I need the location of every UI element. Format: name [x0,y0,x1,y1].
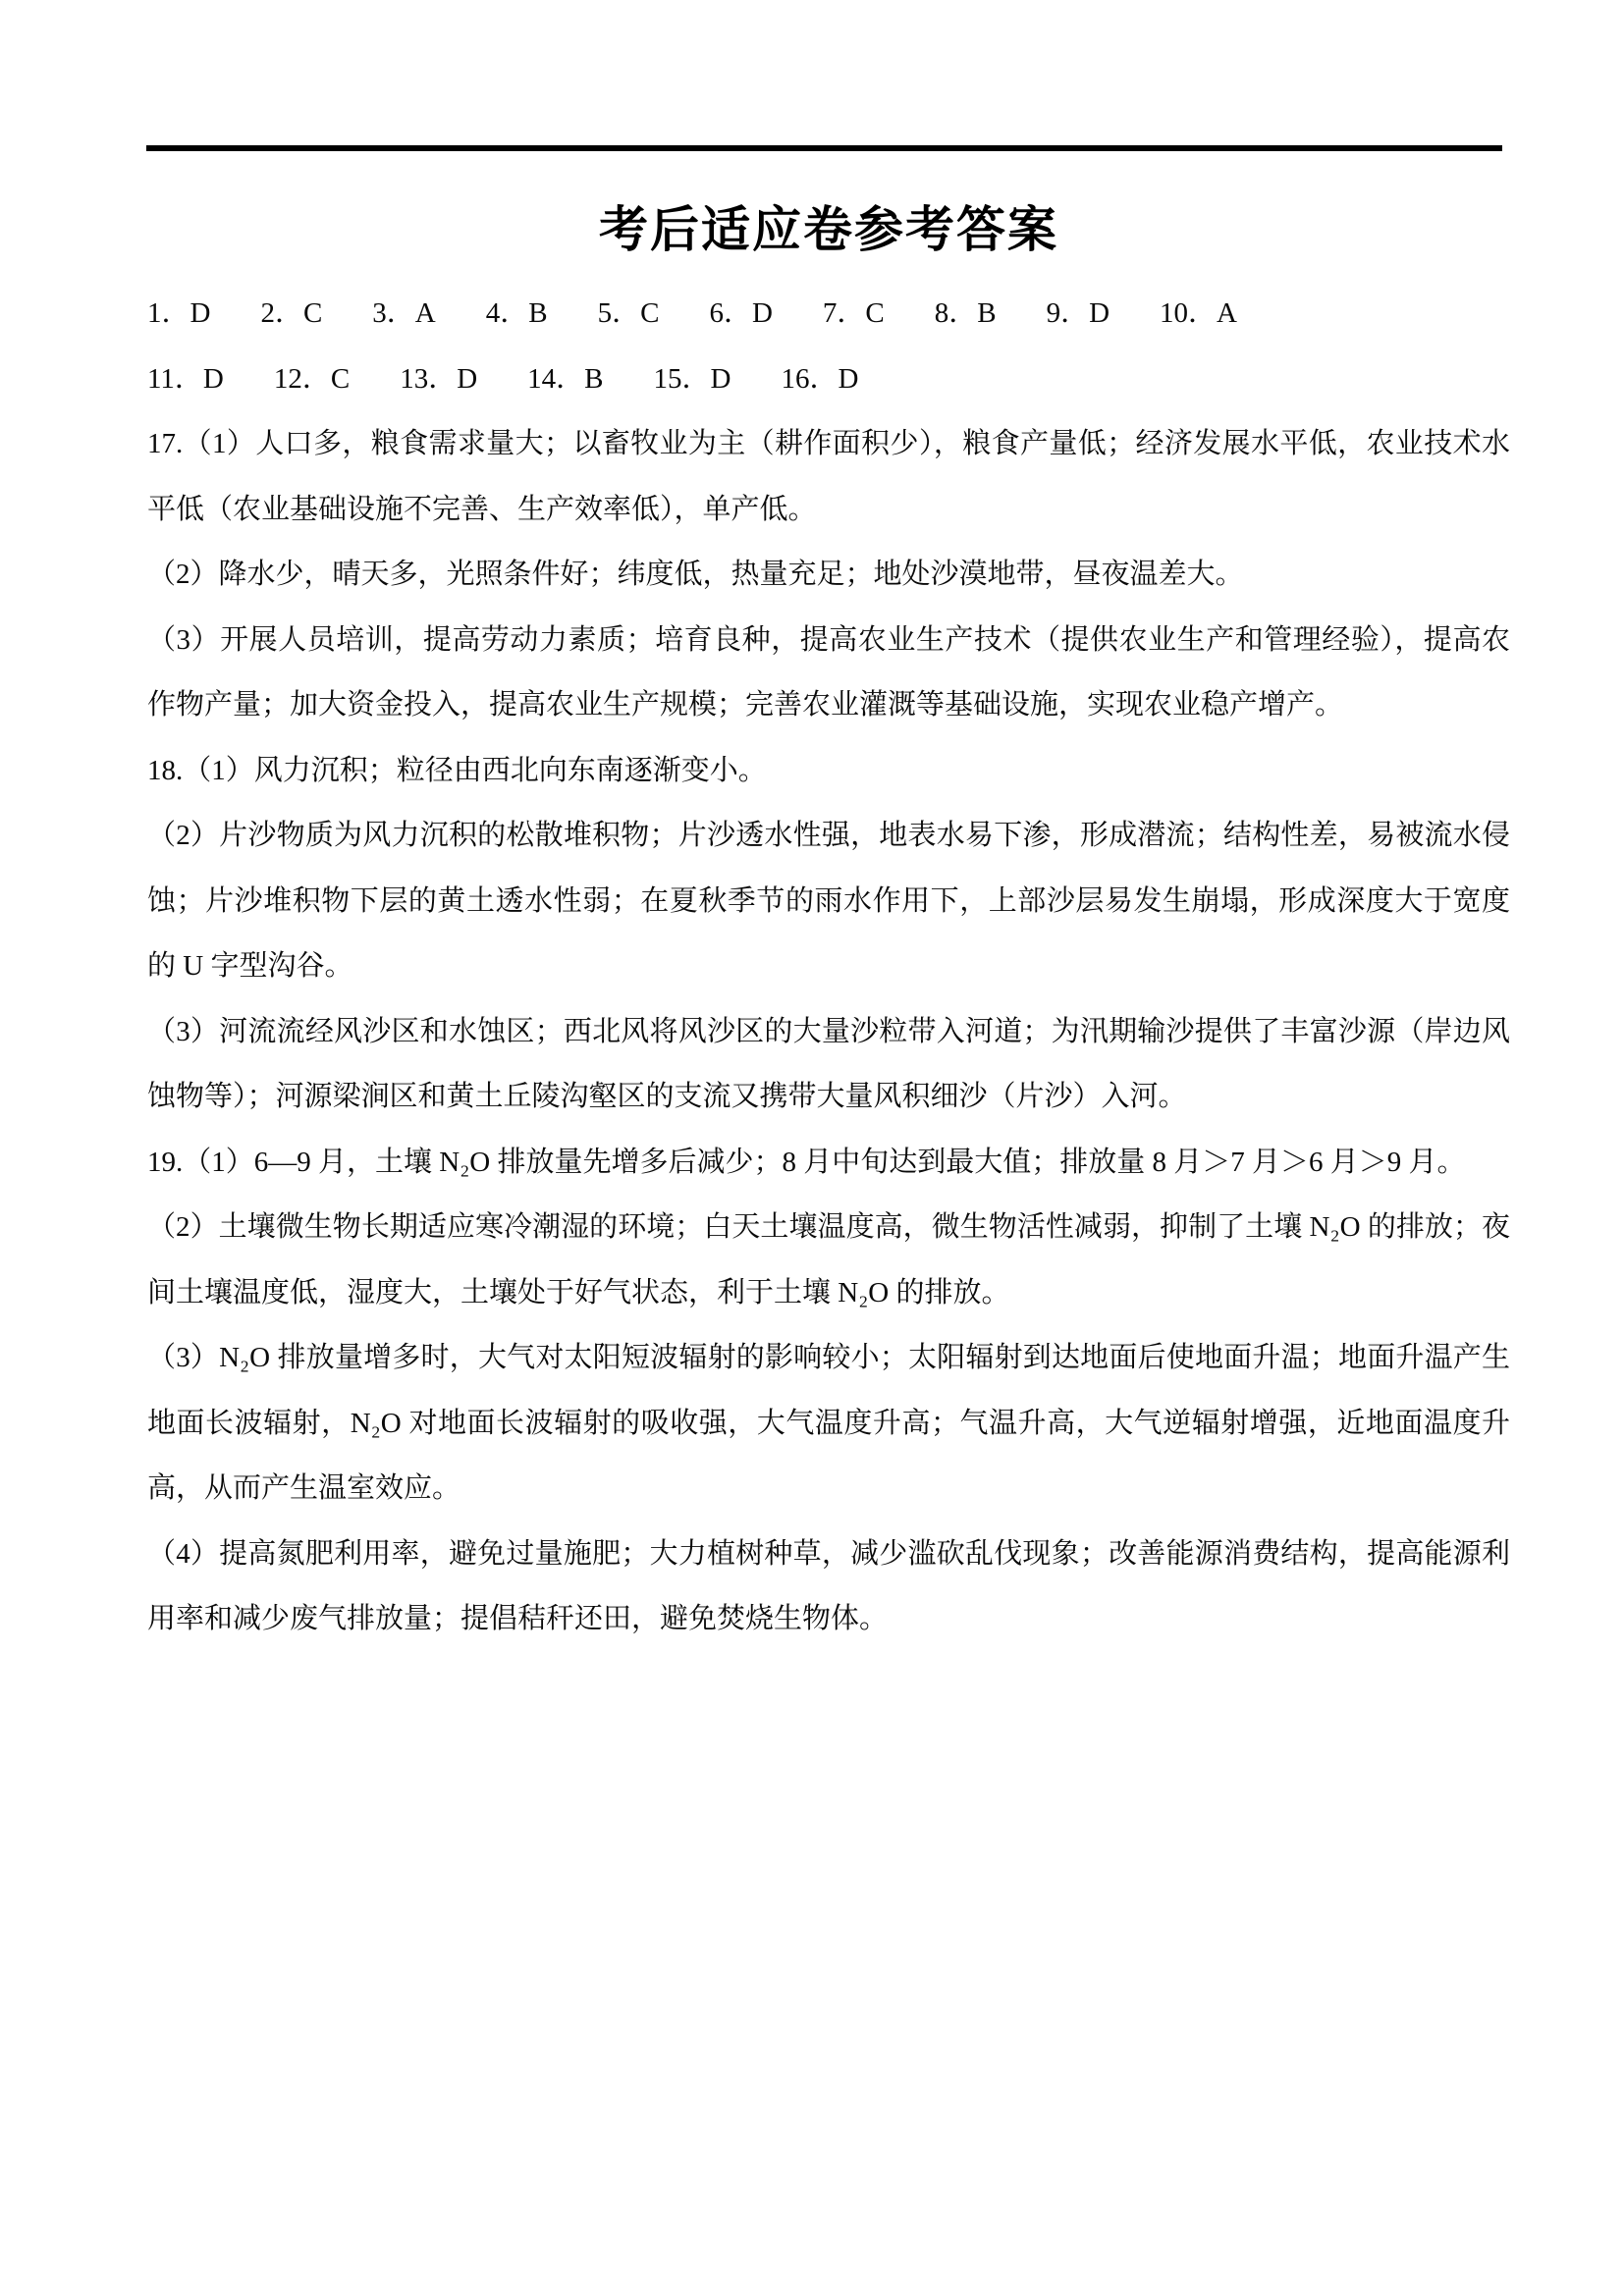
choice-answer-item: 6．D [709,281,772,347]
header-divider-rule [146,145,1502,151]
answer-paragraph: 18.（1）风力沉积；粒径由西北向东南逐渐变小。 [147,738,1510,804]
answer-paragraph: （4）提高氮肥利用率，避免过量施肥；大力植树种草，减少滥砍乱伐现象；改善能源消费… [147,1522,1510,1652]
choice-answer-item: 10．A [1160,281,1237,347]
answer-paragraph: 19.（1）6—9 月，土壤 N₂O 排放量先增多后减少；8 月中旬达到最大值；… [147,1130,1510,1196]
choice-answer-item: 3．A [372,281,435,347]
answer-paragraph: 17.（1）人口多，粮食需求量大；以畜牧业为主（耕作面积少），粮食产量低；经济发… [147,411,1510,542]
choice-answer-item: 9．D [1047,281,1110,347]
answer-paragraph: （2）降水少，晴天多，光照条件好；纬度低，热量充足；地处沙漠地带，昼夜温差大。 [147,542,1510,608]
choice-answer-item: 14．B [527,347,603,412]
choice-answer-item: 16．D [781,347,858,412]
choice-answer-item: 8．B [935,281,997,347]
answer-paragraph: （2）土壤微生物长期适应寒冷潮湿的环境；白天土壤温度高，微生物活性减弱，抑制了土… [147,1195,1510,1325]
choice-answer-item: 13．D [400,347,477,412]
choice-answer-item: 4．B [486,281,548,347]
free-response-section: 17.（1）人口多，粮食需求量大；以畜牧业为主（耕作面积少），粮食产量低；经济发… [147,411,1510,1652]
choice-answer-item: 2．C [260,281,322,347]
answer-paragraph: （3）开展人员培训，提高劳动力素质；培育良种，提高农业生产技术（提供农业生产和管… [147,608,1510,738]
choice-answer-row-2: 11．D 12．C 13．D 14．B 15．D 16．D [147,347,1510,412]
document-body: 1．D 2．C 3．A 4．B 5．C 6．D 7．C 8．B 9．D 10．A [147,281,1510,1652]
choice-answer-row-1: 1．D 2．C 3．A 4．B 5．C 6．D 7．C 8．B 9．D 10．A [147,281,1510,347]
answer-key-page: 考后适应卷参考答案 1．D 2．C 3．A 4．B 5．C 6．D 7．C 8．… [0,0,1624,2296]
answer-paragraph: （3）河流流经风沙区和水蚀区；西北风将风沙区的大量沙粒带入河道；为汛期输沙提供了… [147,999,1510,1130]
page-title: 考后适应卷参考答案 [147,201,1510,258]
choice-answer-item: 1．D [147,281,210,347]
answer-paragraph: （3）N₂O 排放量增多时，大气对太阳短波辐射的影响较小；太阳辐射到达地面后使地… [147,1325,1510,1522]
choice-answer-item: 7．C [823,281,885,347]
answer-paragraph: （2）片沙物质为风力沉积的松散堆积物；片沙透水性强，地表水易下渗，形成潜流；结构… [147,803,1510,999]
choice-answer-item: 12．C [274,347,350,412]
choice-answer-item: 11．D [147,347,224,412]
choice-answer-item: 15．D [654,347,731,412]
choice-answer-item: 5．C [598,281,660,347]
